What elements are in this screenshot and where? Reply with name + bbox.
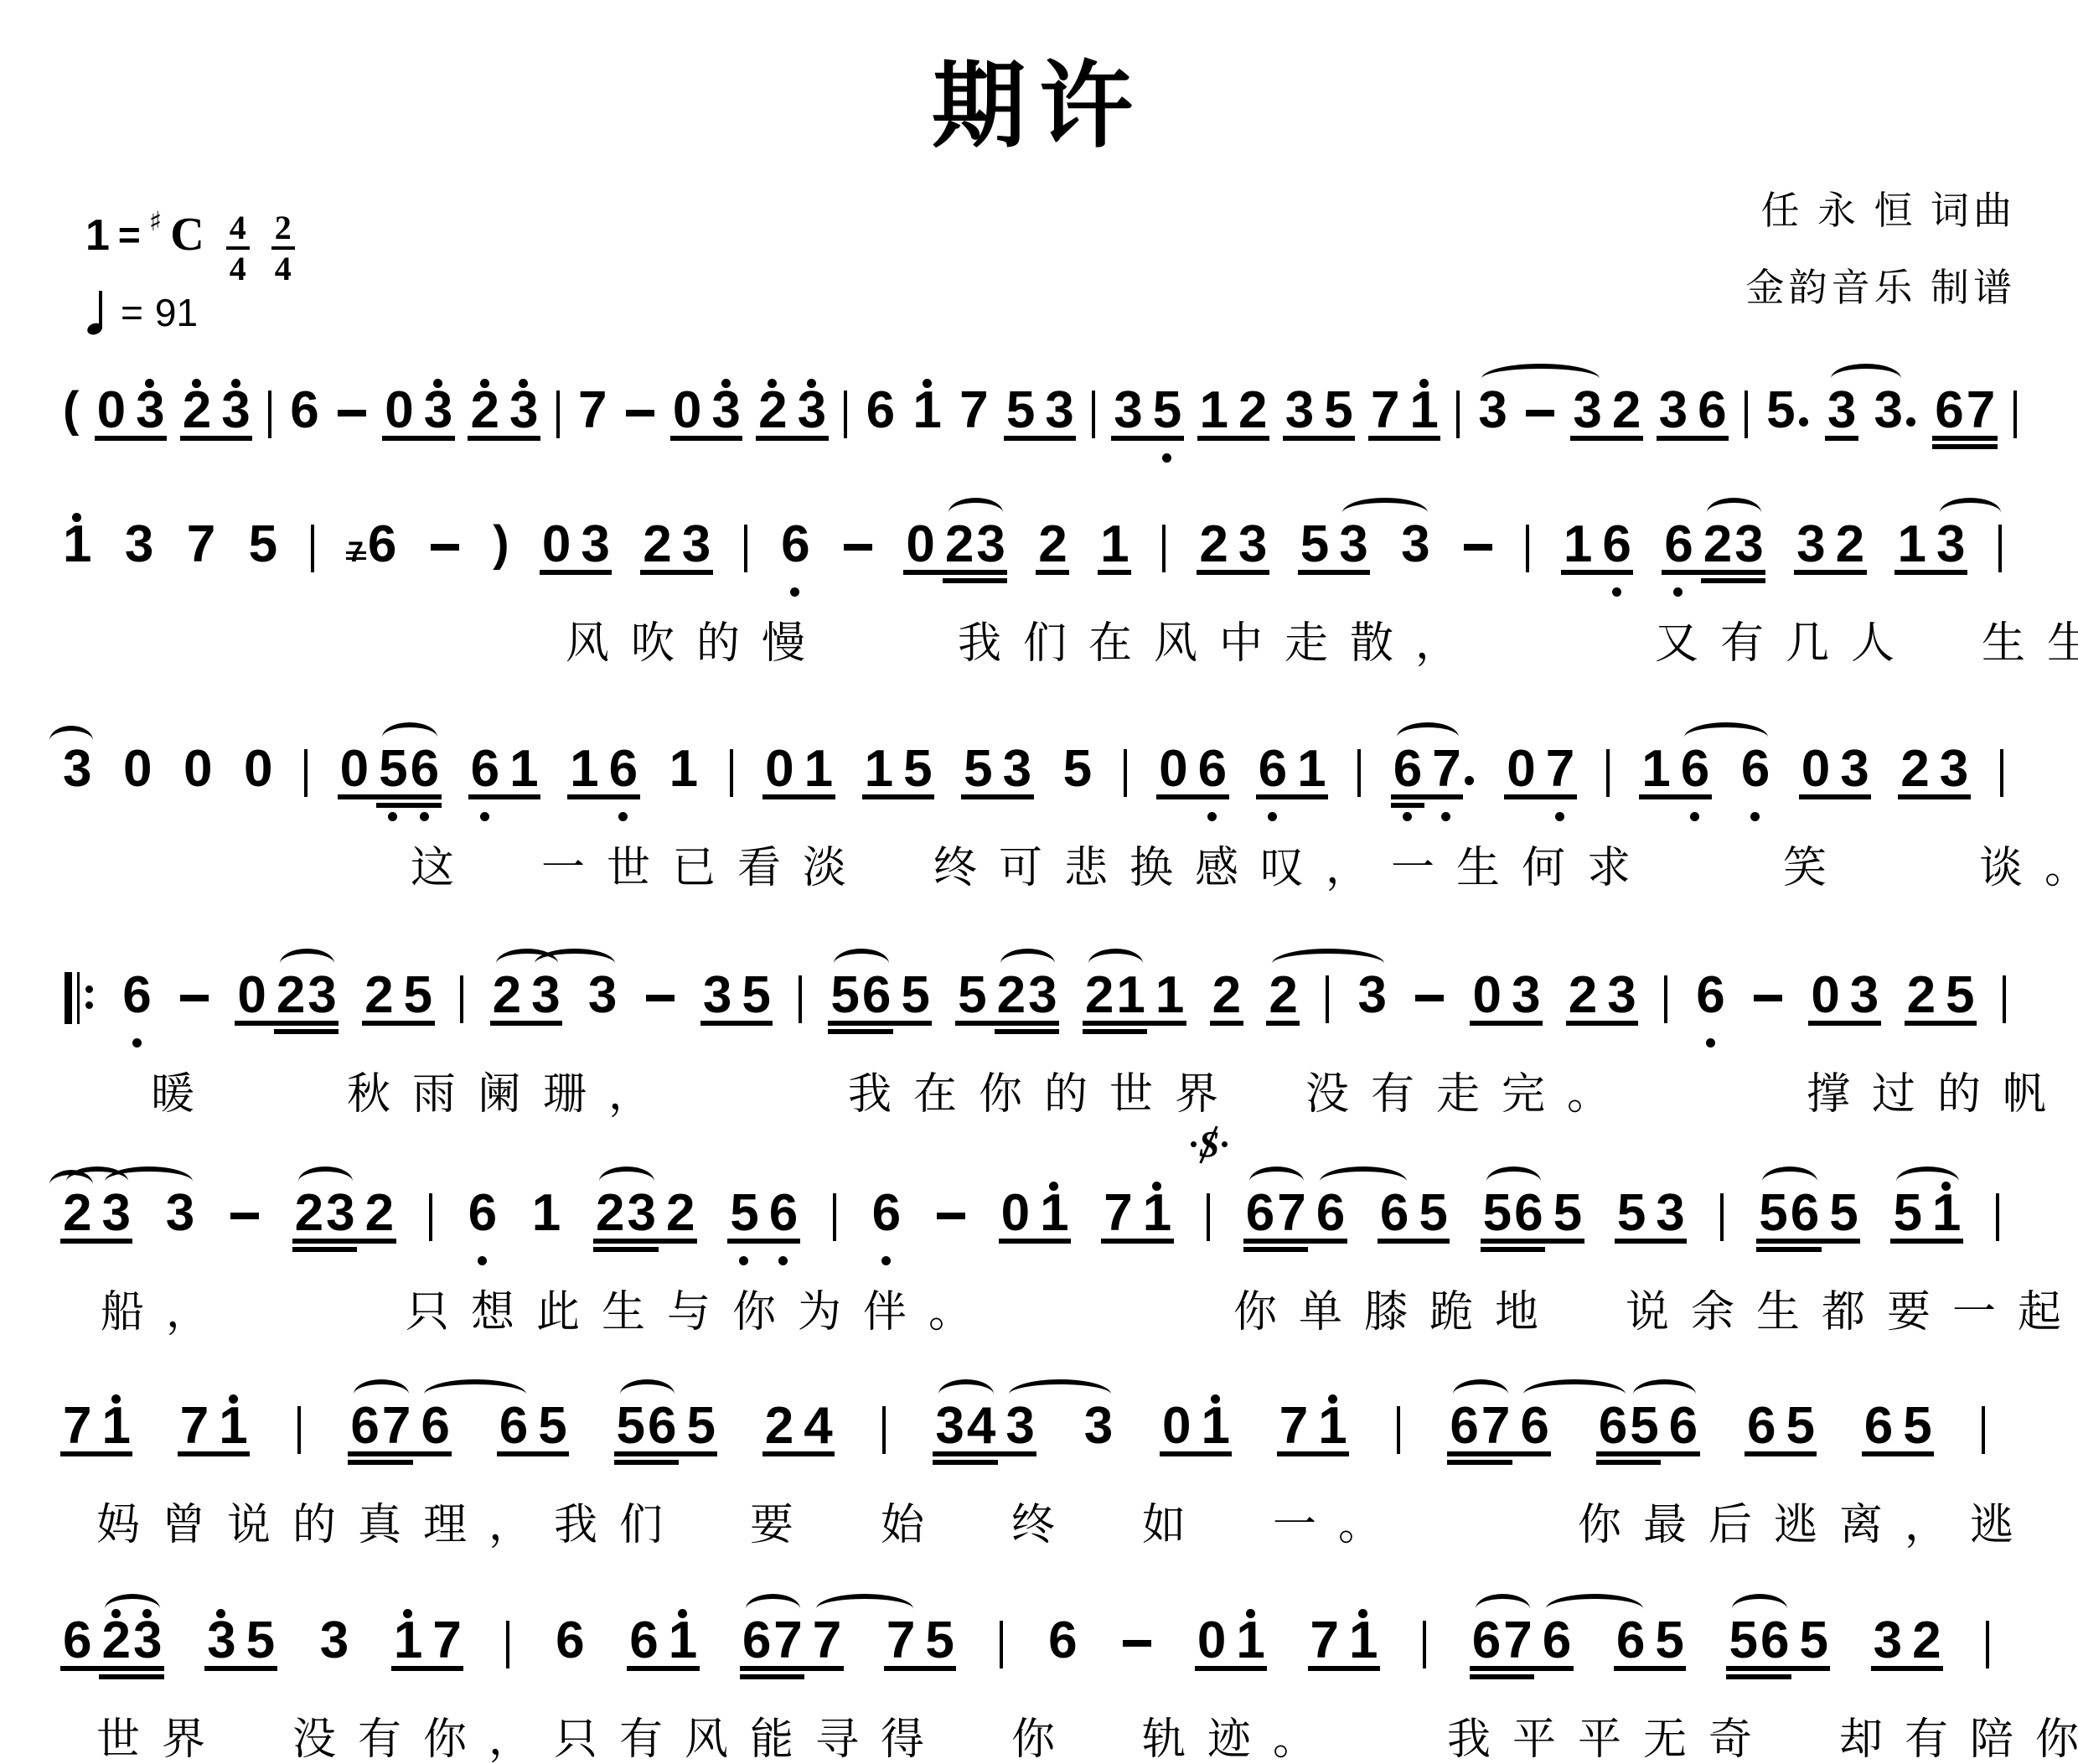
duration-dash <box>1414 954 1445 1037</box>
slur-arc <box>1476 1594 1530 1624</box>
beam-underline <box>1470 1021 1543 1026</box>
beam-underline <box>1890 1239 1963 1244</box>
beam-underline <box>828 1021 932 1026</box>
rest: 0 <box>244 727 272 811</box>
slur-arc <box>1000 949 1055 979</box>
barline <box>1357 727 1362 811</box>
note: 6 <box>122 954 151 1037</box>
beam-underline <box>933 1460 998 1465</box>
beam-underline <box>955 1021 1059 1026</box>
slur-arc <box>1397 722 1459 753</box>
repeat-open-barline <box>63 954 95 1037</box>
beam-underline <box>1197 436 1269 441</box>
note: 6 <box>468 1172 497 1255</box>
beam-underline <box>60 1666 164 1671</box>
duration-dash <box>645 954 675 1037</box>
page-title: 期许 <box>0 49 2078 166</box>
beam-underline <box>828 1029 893 1034</box>
beam-underline <box>614 1460 679 1465</box>
beam-underline <box>60 1451 132 1456</box>
barline <box>311 503 315 587</box>
beam-underline <box>1160 1451 1232 1456</box>
tie-from-previous-line <box>49 726 93 756</box>
slur-arc <box>1684 722 1768 753</box>
slur-arc <box>1272 949 1384 979</box>
barline <box>1606 727 1610 811</box>
grace-note: 7 <box>348 503 364 587</box>
beam-underline <box>1098 570 1131 575</box>
quarter-note-icon <box>87 288 109 337</box>
barline <box>844 369 848 453</box>
notation-row: 60232523335565523211223032360325 <box>63 954 2040 1064</box>
meter-denominator: 4 <box>275 250 292 288</box>
beam-underline <box>1561 570 1633 575</box>
beam-underline <box>627 1666 700 1671</box>
beam-underline <box>362 1021 435 1026</box>
note: 1 <box>532 1172 561 1255</box>
slur-arc <box>816 1594 913 1624</box>
duration-dash <box>1122 1599 1152 1683</box>
augmentation-dot <box>1905 369 1917 453</box>
meter-denominator: 4 <box>230 250 246 288</box>
barline <box>1982 1384 1986 1468</box>
beam-underline <box>1447 1460 1512 1465</box>
barline <box>297 1384 302 1468</box>
barline <box>1526 503 1530 587</box>
beam-underline <box>1614 1666 1686 1671</box>
duration-dash <box>936 1172 966 1255</box>
credits: 任 永 恒 词曲 金韵音乐 制谱 <box>1746 173 2017 327</box>
note: 1 <box>912 369 941 453</box>
beam-underline <box>1615 1239 1687 1244</box>
note: 6 <box>1048 1599 1077 1683</box>
notation-row: 137576)032360232123533166233213 <box>63 503 2040 613</box>
beam-underline <box>1898 794 1971 799</box>
slur-arc <box>1633 1379 1696 1410</box>
beam-underline <box>1308 1666 1380 1671</box>
beam-underline <box>1277 1451 1349 1456</box>
beam-underline <box>593 1247 659 1252</box>
slur-arc <box>105 1594 160 1624</box>
beam-underline <box>178 1451 250 1456</box>
beam-underline <box>1156 794 1229 799</box>
beam-underline <box>1470 1674 1534 1679</box>
music-line: 137576)032360232123533166233213风吹的慢 我们在风… <box>63 503 2040 672</box>
beam-underline <box>1871 1666 1943 1671</box>
note: 6 <box>781 503 809 587</box>
music-line: 60232523335565523211223032360325暖 秋雨阑珊， … <box>63 954 2040 1123</box>
music-line: 6233531766167775601716766556532世界 没有你，只有… <box>63 1599 2040 1764</box>
rest: 0 <box>184 727 212 811</box>
beam-underline <box>903 570 1007 575</box>
tempo: = 91 <box>87 288 198 337</box>
lyrics-line: 世界 没有你，只有风能寻得 你 轨迹。 我平平无奇 却有陪你的 <box>96 1713 2040 1764</box>
beam-underline <box>740 1666 844 1671</box>
notation-row: 3000056611610115535066167071660323 <box>63 727 2040 838</box>
beam-underline <box>999 1239 1071 1244</box>
duration-dash <box>337 369 367 453</box>
beam-underline <box>1447 1451 1551 1456</box>
equals-sign: = <box>118 210 141 260</box>
beam-underline <box>468 436 540 441</box>
note: 6 <box>368 503 396 587</box>
barline <box>799 954 803 1037</box>
duration-dash <box>843 503 873 587</box>
note: 7 <box>187 503 215 587</box>
beam-underline <box>614 1451 717 1456</box>
beam-underline <box>1570 436 1643 441</box>
note: 6 <box>556 1599 584 1683</box>
parenthesis: ) <box>493 503 509 587</box>
slur-arc <box>599 1167 654 1197</box>
beam-underline <box>1298 570 1370 575</box>
beam-underline <box>60 1239 132 1244</box>
duration-dash <box>1753 954 1783 1037</box>
beam-underline <box>1862 1451 1934 1456</box>
beam-underline <box>1378 1239 1450 1244</box>
note: 6 <box>290 369 318 453</box>
beam-underline <box>348 1451 452 1456</box>
slur-arc <box>1707 498 1761 528</box>
barline <box>744 503 748 587</box>
beam-underline <box>274 1029 339 1034</box>
slur-arc <box>1546 1594 1643 1624</box>
barline <box>1664 954 1668 1037</box>
beam-underline <box>1745 1451 1817 1456</box>
beam-underline <box>382 436 455 441</box>
beam-underline <box>1266 1021 1300 1026</box>
note: 7 <box>959 369 988 453</box>
slur-arc <box>1940 498 2001 528</box>
note: 5 <box>249 503 277 587</box>
rest: 0 <box>123 727 152 811</box>
note: 5 <box>1063 727 1092 811</box>
slur-arc <box>280 949 334 979</box>
music-line: 71716766556524343301716766566565妈曾说的真理，我… <box>63 1384 2040 1554</box>
beam-underline <box>1894 570 1967 575</box>
beam-underline <box>1726 1666 1830 1671</box>
slur-arc <box>1088 949 1143 979</box>
beam-underline <box>338 794 442 799</box>
tempo-bpm: 91 <box>155 288 198 337</box>
barline <box>1092 369 1096 453</box>
slur-arc <box>1732 1594 1787 1624</box>
duration-dash <box>430 503 460 587</box>
beam-underline <box>762 794 835 799</box>
beam-underline <box>204 1666 277 1671</box>
music-line: 233232612325660171S676655655356551船， 只想此… <box>63 1172 2040 1341</box>
beam-underline <box>1799 794 1871 799</box>
barline <box>1456 369 1460 453</box>
note: 5 <box>1766 369 1795 453</box>
beam-underline <box>468 794 540 799</box>
slur-arc <box>424 1379 526 1410</box>
barline <box>506 1599 510 1683</box>
beam-underline <box>391 1666 463 1671</box>
lyrics-line: 这 一世已看淡 终可悲换感叹，一生何求 笑 谈。 夕阳的 <box>411 841 2040 897</box>
beam-underline <box>540 570 612 575</box>
note: 6 <box>866 369 895 453</box>
beam-underline <box>1004 436 1076 441</box>
beam-underline <box>292 1239 396 1244</box>
beam-underline <box>1368 436 1440 441</box>
slur-arc <box>298 1167 353 1197</box>
sheet-music-page: 期许 任 永 恒 词曲 金韵音乐 制谱 1 = ♯ C 4 4 2 4 = 91… <box>0 0 2078 1764</box>
slur-arc <box>746 1594 800 1624</box>
meter-numerator: 2 <box>271 210 295 250</box>
beam-underline <box>1083 1021 1186 1026</box>
beam-underline <box>933 1451 1036 1456</box>
beam-underline <box>1111 436 1184 441</box>
slur-arc <box>1249 1167 1304 1197</box>
beam-underline <box>995 1029 1059 1034</box>
barline <box>1996 1172 2000 1255</box>
beam-underline <box>1256 794 1328 799</box>
notation-row: 233232612325660171S676655655356551 <box>63 1172 2040 1282</box>
beam-underline <box>1726 1674 1791 1679</box>
beam-underline <box>1101 1239 1174 1244</box>
barline <box>1162 503 1166 587</box>
beam-underline <box>727 1239 800 1244</box>
note: 6 <box>1696 954 1724 1037</box>
slur-arc <box>1523 1379 1626 1410</box>
notation-row: (0323603237032361753351235713323653367 <box>63 369 2040 479</box>
beam-underline <box>1210 1021 1243 1026</box>
beam-underline <box>567 794 640 799</box>
beam-underline <box>376 803 442 808</box>
slur-arc <box>949 498 1003 528</box>
beam-underline <box>762 1451 835 1456</box>
slur-arc <box>105 1167 193 1197</box>
beam-underline <box>1932 436 1998 441</box>
beam-underline <box>700 1021 773 1026</box>
parenthesis: ( <box>63 369 79 453</box>
beam-underline <box>943 578 1007 583</box>
duration-dash <box>625 369 655 453</box>
beam-underline <box>1036 570 1069 575</box>
lyrics-line: 暖 秋雨阑珊， 我在你的世界 没有走完。 撑过的帆 要走的 <box>151 1068 2040 1123</box>
credit-composer: 任 永 恒 词曲 <box>1746 173 2017 250</box>
barline <box>730 727 734 811</box>
beam-underline <box>740 1674 804 1679</box>
beam-underline <box>1657 436 1729 441</box>
slur-arc <box>1481 364 1600 394</box>
slur-arc <box>382 722 437 753</box>
note: 3 <box>125 503 153 587</box>
music-line: 3000056611610115535066167071660323这 一世已看… <box>63 727 2040 897</box>
note: 1 <box>669 727 698 811</box>
beam-underline <box>1566 1021 1638 1026</box>
beam-underline <box>862 794 934 799</box>
barline <box>1124 727 1128 811</box>
beam-underline <box>1596 1460 1661 1465</box>
beam-underline <box>1808 1021 1881 1026</box>
beam-underline <box>1243 1239 1347 1244</box>
note: 6 <box>872 1172 901 1255</box>
beam-underline <box>235 1021 339 1026</box>
slur-arc <box>1320 1167 1407 1197</box>
slur-arc <box>1453 1379 1508 1410</box>
beam-underline <box>180 436 252 441</box>
slur-arc <box>1486 1167 1541 1197</box>
beam-underline <box>1825 436 1858 441</box>
barline <box>882 1384 887 1468</box>
beam-underline <box>640 570 713 575</box>
lyrics-line: 船， 只想此生与你为伴。 你单膝跪地 说余生都要一起，妈 <box>101 1285 2040 1341</box>
time-signature-2: 2 4 <box>271 210 295 288</box>
music-line: (0323603237032361753351235713323653367 <box>63 369 2040 479</box>
beam-underline <box>1932 444 1998 449</box>
beam-underline <box>95 436 167 441</box>
slur-arc <box>1831 364 1901 394</box>
equals-sign: = <box>121 288 143 337</box>
augmentation-dot <box>1463 727 1476 811</box>
beam-underline <box>490 1021 562 1026</box>
beam-underline <box>1596 1451 1700 1456</box>
slur-arc <box>1342 498 1428 528</box>
barline <box>429 1172 433 1255</box>
barline <box>304 727 308 811</box>
beam-underline <box>1391 803 1424 808</box>
beam-underline <box>1756 1247 1822 1252</box>
beam-underline <box>1481 1247 1545 1252</box>
time-signature-1: 4 4 <box>226 210 250 288</box>
beam-underline <box>1391 794 1463 799</box>
beam-underline <box>961 794 1034 799</box>
beam-underline <box>1470 1666 1574 1671</box>
meter-numerator: 4 <box>226 210 250 250</box>
slur-arc <box>354 1379 409 1410</box>
duration-dash <box>179 954 209 1037</box>
score-area: (032360323703236175335123571332365336713… <box>63 360 2024 1760</box>
credit-notation: 金韵音乐 制谱 <box>1746 250 2017 327</box>
beam-underline <box>1083 1029 1147 1034</box>
notation-row: 71716766556524343301716766566565 <box>63 1384 2040 1495</box>
key-signature: 1 = ♯ C 4 4 2 4 <box>85 210 295 288</box>
tonic-letter: C <box>170 210 204 260</box>
tie-from-previous-line <box>49 1170 93 1200</box>
scale-degree: 1 <box>85 210 110 261</box>
slur-arc <box>1896 1167 1959 1197</box>
beam-underline <box>884 1666 956 1671</box>
note: 1 <box>63 503 91 587</box>
beam-underline <box>1195 1666 1267 1671</box>
duration-dash <box>230 1172 260 1255</box>
duration-dash <box>1463 503 1493 587</box>
barline: S <box>1207 1172 1211 1255</box>
beam-underline <box>756 436 829 441</box>
beam-underline <box>1756 1239 1860 1244</box>
barline <box>460 954 464 1037</box>
barline <box>833 1172 837 1255</box>
beam-underline <box>593 1239 697 1244</box>
beam-underline <box>1283 436 1355 441</box>
augmentation-dot <box>1797 369 1810 453</box>
segno-icon: S <box>1192 1125 1226 1165</box>
barline <box>2013 369 2018 453</box>
barline <box>1397 1384 1401 1468</box>
lyrics-line: 风吹的慢 我们在风中走散， 又有几人 生生为伴。 <box>566 617 2040 672</box>
barline <box>1000 1599 1004 1683</box>
beam-underline <box>670 436 742 441</box>
note: 7 <box>578 369 607 453</box>
barline <box>1745 369 1749 453</box>
barline <box>2000 727 2004 811</box>
slur-arc <box>535 949 615 979</box>
slur-arc <box>620 1379 675 1410</box>
beam-underline <box>348 1460 413 1465</box>
slur-arc <box>938 1379 994 1410</box>
beam-underline <box>1481 1239 1584 1244</box>
barline <box>556 369 561 453</box>
beam-underline <box>1701 578 1765 583</box>
beam-underline <box>1639 794 1712 799</box>
beam-underline <box>497 1451 569 1456</box>
barline <box>268 369 272 453</box>
notation-row: 6233531766167775601716766556532 <box>63 1599 2040 1710</box>
sharp-icon: ♯ <box>149 208 162 235</box>
beam-underline <box>99 1674 164 1679</box>
beam-underline <box>1243 1247 1308 1252</box>
beam-underline <box>1504 794 1577 799</box>
beam-underline <box>1905 1021 1977 1026</box>
beam-underline <box>1197 570 1269 575</box>
barline <box>1423 1599 1427 1683</box>
barline <box>1986 1599 1990 1683</box>
beam-underline <box>292 1247 357 1252</box>
beam-underline <box>1794 570 1867 575</box>
note: 3 <box>320 1599 349 1683</box>
slur-arc <box>834 949 889 979</box>
barline <box>2003 954 2007 1037</box>
slur-arc <box>1762 1167 1817 1197</box>
slur-arc <box>1009 1379 1111 1410</box>
barline <box>1720 1172 1724 1255</box>
lyrics-line: 妈曾说的真理，我们 要 始 终 如 一。 你最后逃离，逃 离了我的 <box>96 1498 2040 1554</box>
beam-underline <box>1662 570 1765 575</box>
